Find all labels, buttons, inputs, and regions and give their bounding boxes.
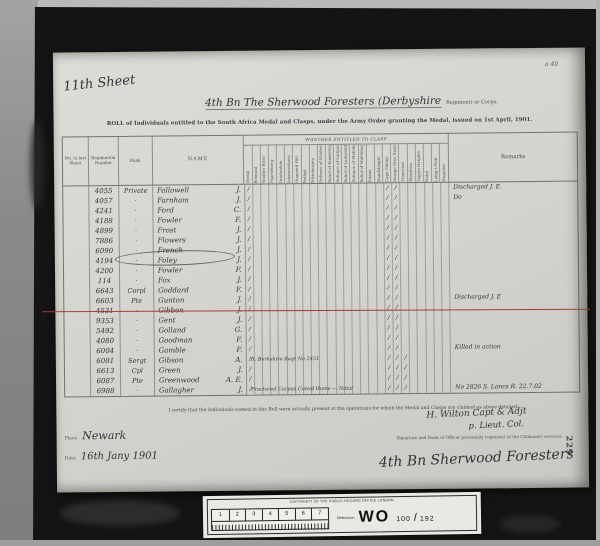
cell-clasp	[361, 334, 369, 344]
roll-title: ROLL of Individuals entitled to the Sout…	[74, 117, 566, 128]
officer-signature-rank: p. Lieut. Col.	[468, 419, 524, 431]
cell-clasp	[442, 243, 450, 253]
initials: J.	[237, 235, 242, 245]
clasp-tick: ∕	[387, 234, 389, 241]
cell-regimental-number: 4899	[90, 226, 120, 236]
cell-rank: Pte	[120, 296, 154, 306]
stamp-frame: COPYRIGHT OF THE PUBLIC RECORD OFFICE LO…	[207, 495, 478, 535]
cell-clasp: ∕	[394, 383, 402, 393]
initials: F.	[236, 345, 242, 355]
cell-sheet-no	[63, 196, 89, 206]
cell-clasp	[400, 203, 408, 213]
cell-clasp	[352, 314, 360, 324]
cell-clasp: ∕	[246, 245, 254, 255]
clasp-tick: ∕	[397, 384, 399, 391]
cell-clasp: ∕	[393, 313, 401, 323]
photo-artifact	[60, 500, 180, 526]
cell-clasp	[402, 333, 410, 343]
cell-clasp	[361, 314, 369, 324]
ruler-number: 3	[245, 509, 262, 520]
cell-clasp	[296, 374, 304, 384]
cell-clasp	[262, 274, 270, 284]
cell-clasp	[402, 323, 410, 333]
cell-clasp	[401, 293, 409, 303]
cell-sheet-no	[64, 226, 90, 236]
cell-clasp	[377, 273, 385, 283]
cell-clasp	[294, 234, 302, 244]
cell-clasp	[295, 244, 303, 254]
clasp-name: Johannesburg	[287, 154, 291, 183]
cell-clasp: ∕	[384, 193, 392, 203]
cell-clasp	[368, 223, 376, 233]
cell-clasp	[369, 363, 377, 373]
cell-clasp	[328, 284, 336, 294]
cell-clasp	[418, 293, 426, 303]
clasp-tick: ∕	[396, 344, 398, 351]
cell-clasp	[377, 353, 385, 363]
cell-clasp	[435, 373, 443, 383]
cell-clasp	[434, 263, 442, 273]
surname: Flowers	[158, 235, 186, 245]
cell-clasp	[254, 255, 262, 265]
cell-clasp	[408, 183, 416, 193]
cell-clasp	[303, 254, 311, 264]
cell-clasp: ∕	[246, 275, 254, 285]
cell-clasp	[312, 334, 320, 344]
folio-page-number: 229	[565, 436, 575, 456]
cell-clasp	[278, 214, 286, 224]
cell-clasp	[402, 343, 410, 353]
clasp-name: Medal	[246, 170, 250, 184]
cell-clasp	[311, 234, 319, 244]
cell-clasp	[443, 383, 451, 393]
cell-clasp	[278, 204, 286, 214]
cell-rank: Corpl	[120, 286, 154, 296]
cell-clasp	[295, 254, 303, 264]
cell-clasp	[360, 274, 368, 284]
cell-clasp	[287, 324, 295, 334]
cell-clasp	[442, 303, 450, 313]
cell-clasp	[426, 293, 434, 303]
cell-clasp	[295, 284, 303, 294]
cell-clasp: ∕	[245, 215, 253, 225]
photographic-ruler: 1234567	[211, 507, 329, 531]
cell-clasp	[353, 364, 361, 374]
cell-regimental-number: 6603	[90, 296, 120, 306]
cell-sheet-no	[64, 286, 90, 296]
cell-clasp	[352, 264, 360, 274]
cell-regimental-number: 6613	[91, 366, 121, 376]
cell-regimental-number: 6004	[91, 346, 121, 356]
col-header-rank: Rank	[119, 137, 153, 185]
cell-regimental-number: 4055	[89, 186, 119, 196]
clasp-tick: ∕	[387, 274, 389, 281]
cell-clasp	[319, 214, 327, 224]
cell-clasp	[262, 284, 270, 294]
cell-clasp	[295, 324, 303, 334]
cell-clasp	[345, 374, 353, 384]
cell-clasp: ∕	[385, 273, 393, 283]
cell-clasp	[254, 245, 262, 255]
cell-clasp	[287, 294, 295, 304]
cell-clasp	[351, 194, 359, 204]
cell-clasp	[443, 363, 451, 373]
cell-clasp: ∕	[246, 265, 254, 275]
cell-clasp	[335, 254, 343, 264]
cell-clasp	[353, 334, 361, 344]
cell-clasp	[302, 204, 310, 214]
cell-clasp	[287, 334, 295, 344]
cell-clasp: ∕	[392, 233, 400, 243]
cell-clasp	[377, 333, 385, 343]
cell-clasp	[270, 214, 278, 224]
surname: Gamble	[159, 345, 186, 355]
surname: Ford	[157, 205, 174, 215]
cell-clasp	[279, 334, 287, 344]
clasp-tick: ∕	[249, 296, 251, 303]
cell-clasp: ∕	[386, 363, 394, 373]
cell-clasp: ∕	[247, 375, 255, 385]
cell-clasp	[295, 274, 303, 284]
clasp-name: Talana	[368, 168, 372, 182]
clasp-tick: ∕	[396, 294, 398, 301]
cell-clasp	[360, 224, 368, 234]
cell-clasp: ∕	[245, 195, 253, 205]
cell-clasp	[294, 224, 302, 234]
cell-clasp	[286, 184, 294, 194]
cell-clasp	[401, 243, 409, 253]
surname: Greenwood	[159, 375, 200, 385]
table-body: 4055PrivateFallowellJ.∕∕∕Discharged J. E…	[63, 182, 579, 397]
surname: Goddard	[158, 285, 189, 295]
cell-clasp	[353, 374, 361, 384]
cell-regimental-number: 4200	[90, 266, 120, 276]
cell-clasp	[425, 233, 433, 243]
cell-clasp	[352, 254, 360, 264]
cell-clasp: ∕	[246, 345, 254, 355]
cell-clasp	[295, 334, 303, 344]
cell-clasp	[312, 364, 320, 374]
cell-clasp	[351, 204, 359, 214]
cell-clasp	[262, 214, 270, 224]
cell-clasp	[408, 193, 416, 203]
cell-clasp	[368, 253, 376, 263]
reference-number: WO 100 / 192	[358, 507, 434, 526]
cell-clasp	[279, 284, 287, 294]
cell-clasp	[279, 344, 287, 354]
clasp-tick: ∕	[248, 216, 250, 223]
cell-regimental-number: 4080	[91, 336, 121, 346]
cell-clasp: ∕	[384, 243, 392, 253]
initials: J.	[236, 185, 241, 195]
cell-clasp	[253, 205, 261, 215]
cell-clasp	[368, 263, 376, 273]
clasp-tick: ∕	[388, 354, 390, 361]
cell-clasp	[417, 223, 425, 233]
cell-clasp	[376, 223, 384, 233]
initials: J.	[238, 315, 243, 325]
cell-clasp	[369, 353, 377, 363]
signature-caption: Signature and Rank of Officer personally…	[387, 434, 573, 441]
cell-clasp	[336, 284, 344, 294]
cell-clasp	[409, 213, 417, 223]
cell-clasp	[425, 223, 433, 233]
cell-clasp	[442, 253, 450, 263]
surname: Gibson	[159, 355, 184, 365]
clasp-tick: ∕	[387, 284, 389, 291]
cell-clasp: ∕	[385, 343, 393, 353]
cell-clasp	[270, 294, 278, 304]
reference-separator: /	[414, 511, 417, 523]
cell-clasp	[278, 184, 286, 194]
clasp-name: Belfast	[303, 168, 307, 183]
cell-clasp	[310, 194, 318, 204]
stamp-row: 1234567 Reference: WO 100 / 192	[208, 501, 476, 534]
cell-clasp	[262, 254, 270, 264]
clasp-tick: ∕	[249, 326, 251, 333]
cell-clasp	[319, 194, 327, 204]
cell-clasp	[335, 184, 343, 194]
cell-clasp	[254, 295, 262, 305]
cell-clasp	[327, 214, 335, 224]
cell-clasp	[369, 313, 377, 323]
clasp-tick: ∕	[387, 264, 389, 271]
cell-clasp	[401, 233, 409, 243]
cell-clasp	[344, 264, 352, 274]
cell-clasp	[253, 215, 261, 225]
cell-clasp: ∕	[392, 203, 400, 213]
cell-clasp	[328, 324, 336, 334]
clasp-tick: ∕	[396, 334, 398, 341]
cell-clasp	[433, 183, 441, 193]
cell-clasp	[377, 313, 385, 323]
cell-clasp	[377, 283, 385, 293]
cell-sheet-no	[65, 356, 91, 366]
cell-sheet-no	[64, 236, 90, 246]
clasp-tick: ∕	[388, 324, 390, 331]
date-label: Date	[65, 456, 76, 461]
cell-clasp	[288, 364, 296, 374]
initials: J.	[237, 195, 242, 205]
cell-clasp	[442, 293, 450, 303]
clasp-tick: ∕	[395, 264, 397, 271]
clasp-tick: ∕	[248, 226, 250, 233]
cell-clasp	[410, 353, 418, 363]
clasp-tick: ∕	[388, 374, 390, 381]
cell-clasp	[320, 294, 328, 304]
unit-title: 4th Bn The Sherwood Foresters (Derbyshir…	[161, 88, 541, 111]
cell-clasp: ∕	[392, 193, 400, 203]
cell-clasp	[254, 265, 262, 275]
clasp-tick: ∕	[395, 234, 397, 241]
cell-clasp: ∕	[385, 263, 393, 273]
clasp-name: Paardeberg	[270, 159, 274, 184]
cell-clasp: ∕	[393, 253, 401, 263]
cell-clasp	[262, 244, 270, 254]
cell-clasp	[401, 253, 409, 263]
cell-clasp	[418, 353, 426, 363]
cell-clasp	[433, 233, 441, 243]
cell-clasp	[425, 213, 433, 223]
cell-clasp	[434, 343, 442, 353]
clasp-tick: ∕	[388, 344, 390, 351]
clasp-tick: ∕	[395, 254, 397, 261]
cell-clasp	[278, 264, 286, 274]
cell-clasp: ∕	[385, 253, 393, 263]
cell-clasp	[361, 374, 369, 384]
cell-clasp	[376, 183, 384, 193]
cell-clasp	[327, 194, 335, 204]
cell-clasp	[320, 334, 328, 344]
cell-clasp	[427, 383, 435, 393]
initials: J.	[238, 365, 243, 375]
cell-clasp	[327, 234, 335, 244]
cell-clasp	[320, 364, 328, 374]
cell-clasp	[278, 234, 286, 244]
cell-clasp	[254, 275, 262, 285]
cell-sheet-no	[64, 266, 90, 276]
cell-clasp	[271, 314, 279, 324]
cell-clasp	[254, 325, 262, 335]
clasp-name: Relief of Ladysmith	[344, 145, 348, 183]
clasp-tick: ∕	[386, 184, 388, 191]
cell-rank: ·	[119, 216, 153, 226]
cell-clasp: ∕	[402, 363, 410, 373]
cell-clasp	[410, 313, 418, 323]
cell-clasp	[311, 244, 319, 254]
cell-clasp	[262, 294, 270, 304]
clasp-tick: ∕	[404, 364, 406, 371]
photo-background-bottom	[0, 540, 600, 546]
cell-regimental-number: 4241	[89, 206, 119, 216]
cell-clasp	[441, 193, 449, 203]
cell-clasp	[369, 333, 377, 343]
cell-clasp	[417, 213, 425, 223]
cell-clasp	[417, 193, 425, 203]
ruler-number: 1	[212, 509, 229, 520]
cell-clasp	[360, 304, 368, 314]
cell-clasp	[320, 324, 328, 334]
cell-clasp	[303, 274, 311, 284]
surname: Frost	[157, 225, 176, 235]
cell-clasp	[409, 263, 417, 273]
ruler-number: 6	[294, 508, 311, 519]
cell-regimental-number: 6090	[90, 246, 120, 256]
cell-clasp	[255, 375, 263, 385]
place-label: Place	[65, 436, 78, 441]
cell-clasp	[263, 374, 271, 384]
cell-clasp	[409, 253, 417, 263]
cell-clasp	[263, 344, 271, 354]
cell-clasp	[303, 264, 311, 274]
cell-clasp	[426, 353, 434, 363]
cell-clasp	[286, 194, 294, 204]
cell-clasp	[360, 264, 368, 274]
cell-clasp	[442, 263, 450, 273]
clasp-tick: ∕	[395, 214, 397, 221]
cell-clasp	[278, 244, 286, 254]
cell-clasp	[311, 214, 319, 224]
cell-clasp	[401, 283, 409, 293]
cell-clasp	[353, 384, 361, 394]
cell-clasp	[344, 294, 352, 304]
cell-rank: ·	[120, 316, 154, 326]
initials: F.	[236, 285, 242, 295]
cell-clasp: ∕	[393, 243, 401, 253]
corner-annotation: a 40	[545, 61, 558, 68]
cell-clasp	[344, 304, 352, 314]
cell-clasp: ∕	[385, 303, 393, 313]
row-annotation: Fractured Carpus Convd Home — Natal	[251, 384, 353, 395]
clasp-name: Tugela Heights	[417, 150, 421, 182]
cell-clasp	[401, 263, 409, 273]
cell-regimental-number: 6988	[91, 386, 121, 396]
cell-clasp: ∕	[392, 223, 400, 233]
photo-artifact	[500, 515, 560, 533]
cell-clasp: ∕	[385, 333, 393, 343]
cell-clasp: ∕	[402, 373, 410, 383]
cell-clasp	[345, 344, 353, 354]
cell-clasp	[254, 235, 262, 245]
cell-clasp	[417, 283, 425, 293]
cell-clasp	[361, 364, 369, 374]
clasp-tick: ∕	[248, 236, 250, 243]
cell-clasp: ∕	[393, 333, 401, 343]
cell-clasp	[377, 343, 385, 353]
initials: A. E.	[226, 375, 243, 385]
cell-sheet-no	[64, 246, 90, 256]
cell-clasp: ∕	[402, 353, 410, 363]
cell-clasp	[311, 254, 319, 264]
cell-clasp	[335, 244, 343, 254]
cell-clasp	[377, 293, 385, 303]
clasp-tick: ∕	[387, 244, 389, 251]
cell-clasp	[360, 284, 368, 294]
cell-clasp	[435, 363, 443, 373]
cell-clasp	[253, 195, 261, 205]
initials: J.	[237, 295, 242, 305]
cell-clasp	[303, 314, 311, 324]
cell-clasp	[343, 194, 351, 204]
cell-clasp	[442, 313, 450, 323]
cell-clasp	[443, 373, 451, 383]
cell-clasp	[376, 213, 384, 223]
clasp-tick: ∕	[249, 376, 251, 383]
col-header-name: NAME	[152, 136, 244, 185]
unit-name-handwritten: 4th Bn The Sherwood Foresters (Derbyshir…	[205, 95, 441, 110]
cell-clasp: ∕	[385, 293, 393, 303]
cell-clasp: ∕	[393, 273, 401, 283]
cell-clasp	[343, 234, 351, 244]
cell-clasp	[336, 314, 344, 324]
cell-clasp	[351, 184, 359, 194]
cell-clasp	[401, 303, 409, 313]
pro-reference-stamp: COPYRIGHT OF THE PUBLIC RECORD OFFICE LO…	[203, 492, 482, 538]
cell-clasp	[426, 303, 434, 313]
cell-clasp: ∕	[384, 213, 392, 223]
clasp-tick: ∕	[247, 186, 249, 193]
cell-clasp	[270, 254, 278, 264]
clasp-tick: ∕	[248, 196, 250, 203]
cell-clasp	[425, 203, 433, 213]
cell-clasp	[378, 383, 386, 393]
cell-clasp	[353, 354, 361, 364]
cell-clasp	[377, 303, 385, 313]
cell-clasp	[410, 373, 418, 383]
cell-clasp	[352, 284, 360, 294]
clasp-tick: ∕	[249, 316, 251, 323]
cell-rank: ·	[119, 226, 153, 236]
